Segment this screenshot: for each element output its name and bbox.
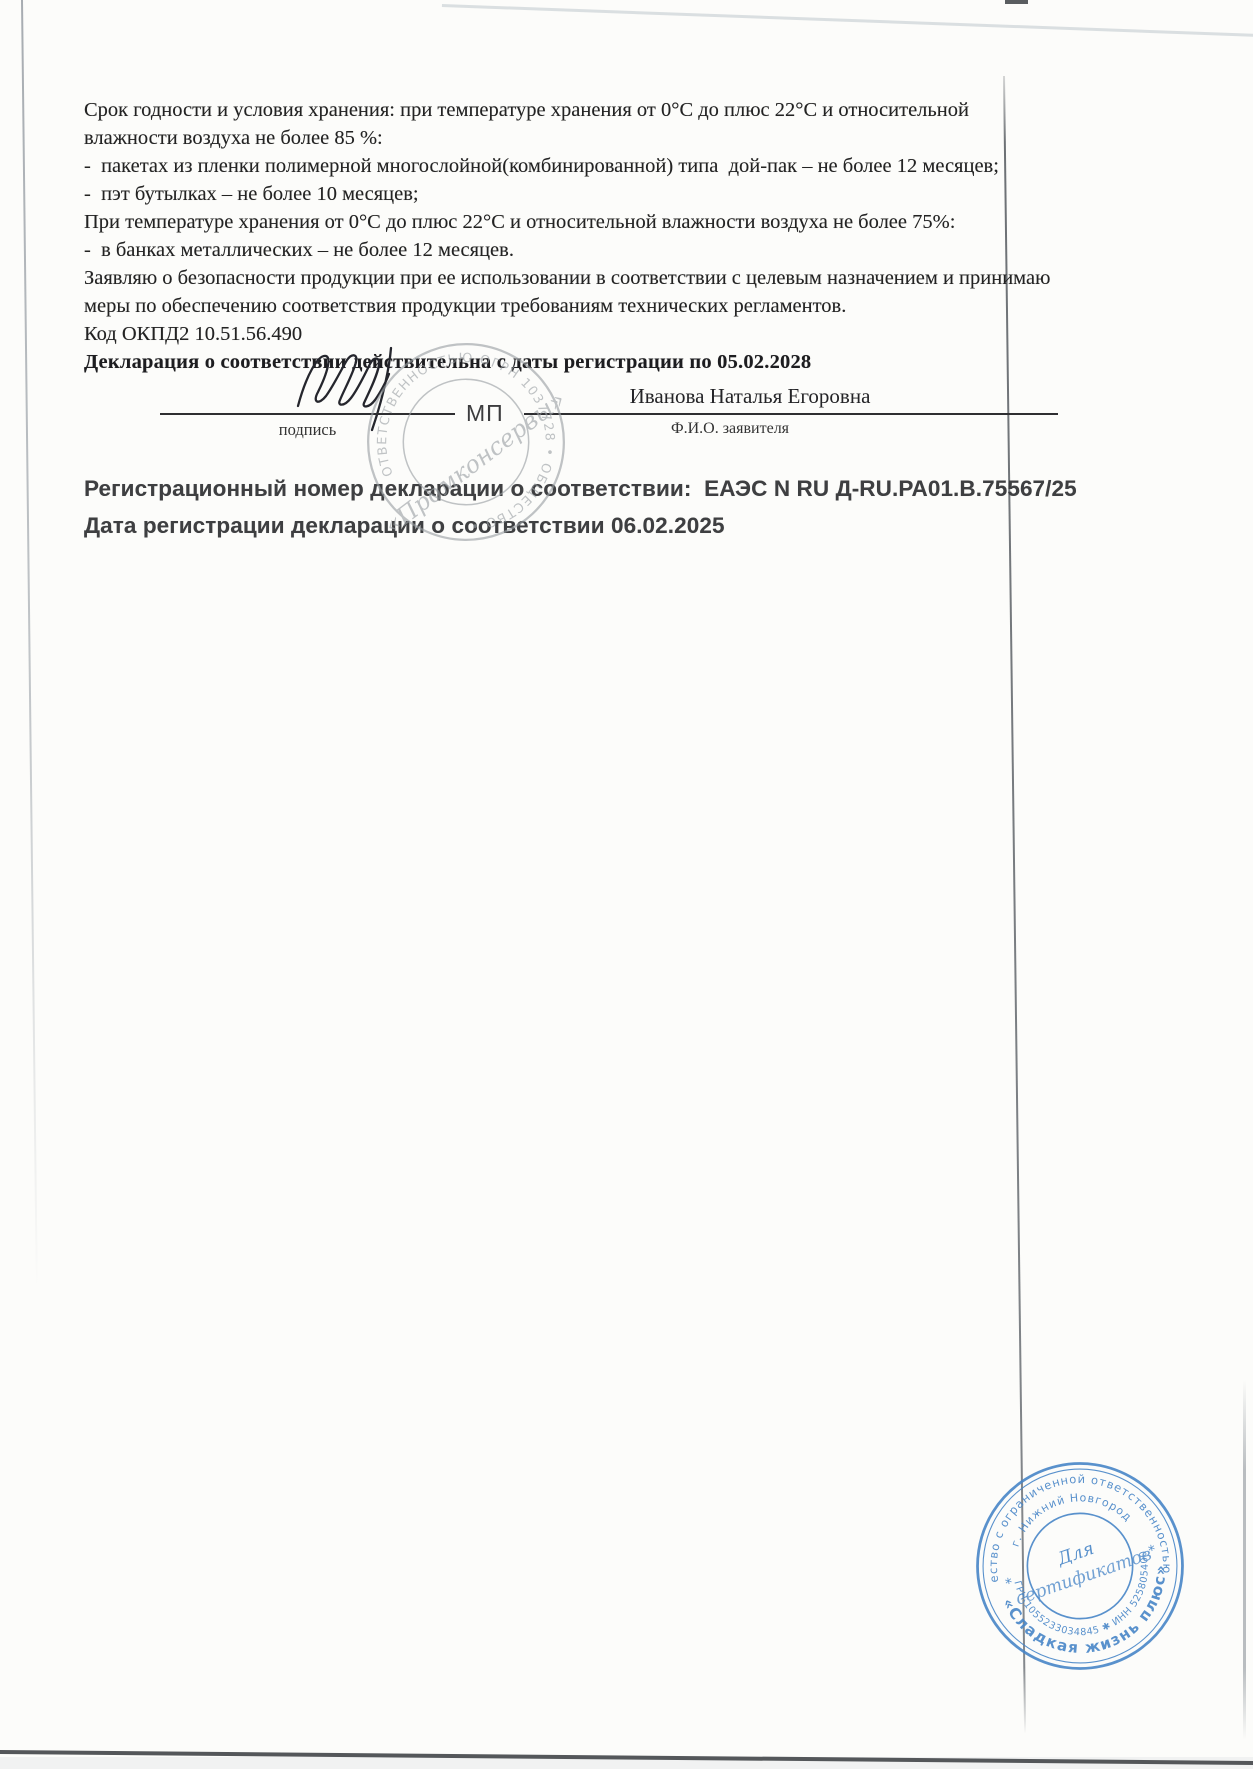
company-seal-promkonservy-icon: С ОГРАНИЧЕННОЙ ОТВЕТСТВЕННОСТЬЮ ОГРН 103… xyxy=(352,328,580,561)
bullet-doy-pak: - пакетах из пленки полимерной многослой… xyxy=(84,152,1010,180)
scan-top-dark-mark xyxy=(1005,0,1028,4)
scan-top-edge-line xyxy=(442,4,1253,37)
scan-left-edge-line xyxy=(21,0,38,1290)
company-seal-sladkaya-zhizn-icon: Общество с ограниченной ответственностью… xyxy=(960,1446,1200,1691)
safety-statement-line-2: меры по обеспечению соответствия продукц… xyxy=(84,292,1010,320)
applicant-name: Иванова Наталья Егоровна xyxy=(560,384,940,409)
seal-ring-text: С ОГРАНИЧЕННОЙ ОТВЕТСТВЕННОСТЬЮ ОГРН 103… xyxy=(319,295,584,570)
fio-label: Ф.И.О. заявителя xyxy=(580,420,880,438)
safety-statement-line-1: Заявляю о безопасности продукции при ее … xyxy=(84,264,1010,292)
storage-line-1: Срок годности и условия хранения: при те… xyxy=(84,99,969,121)
storage-line-2: влажности воздуха не более 85 %: xyxy=(84,127,383,149)
scan-right-edge-shadow xyxy=(1243,1380,1246,1740)
storage-conditions-75: При температуре хранения от 0°С до плюс … xyxy=(84,208,1010,236)
applicant-name-rule xyxy=(524,413,1058,415)
bullet-metal-cans: - в банках металлических – не более 12 м… xyxy=(84,236,1010,264)
svg-text:С ОГРАНИЧЕННОЙ ОТВЕТСТВЕННОСТЬ: С ОГРАНИЧЕННОЙ ОТВЕТСТВЕННОСТЬЮ ОГРН 103… xyxy=(319,295,584,570)
storage-conditions-paragraph: Срок годности и условия хранения: при те… xyxy=(84,96,1010,152)
scanned-declaration-page: Срок годности и условия хранения: при те… xyxy=(0,0,1253,1769)
bullet-pet-bottles: - пэт бутылках – не более 10 месяцев; xyxy=(84,180,1010,208)
